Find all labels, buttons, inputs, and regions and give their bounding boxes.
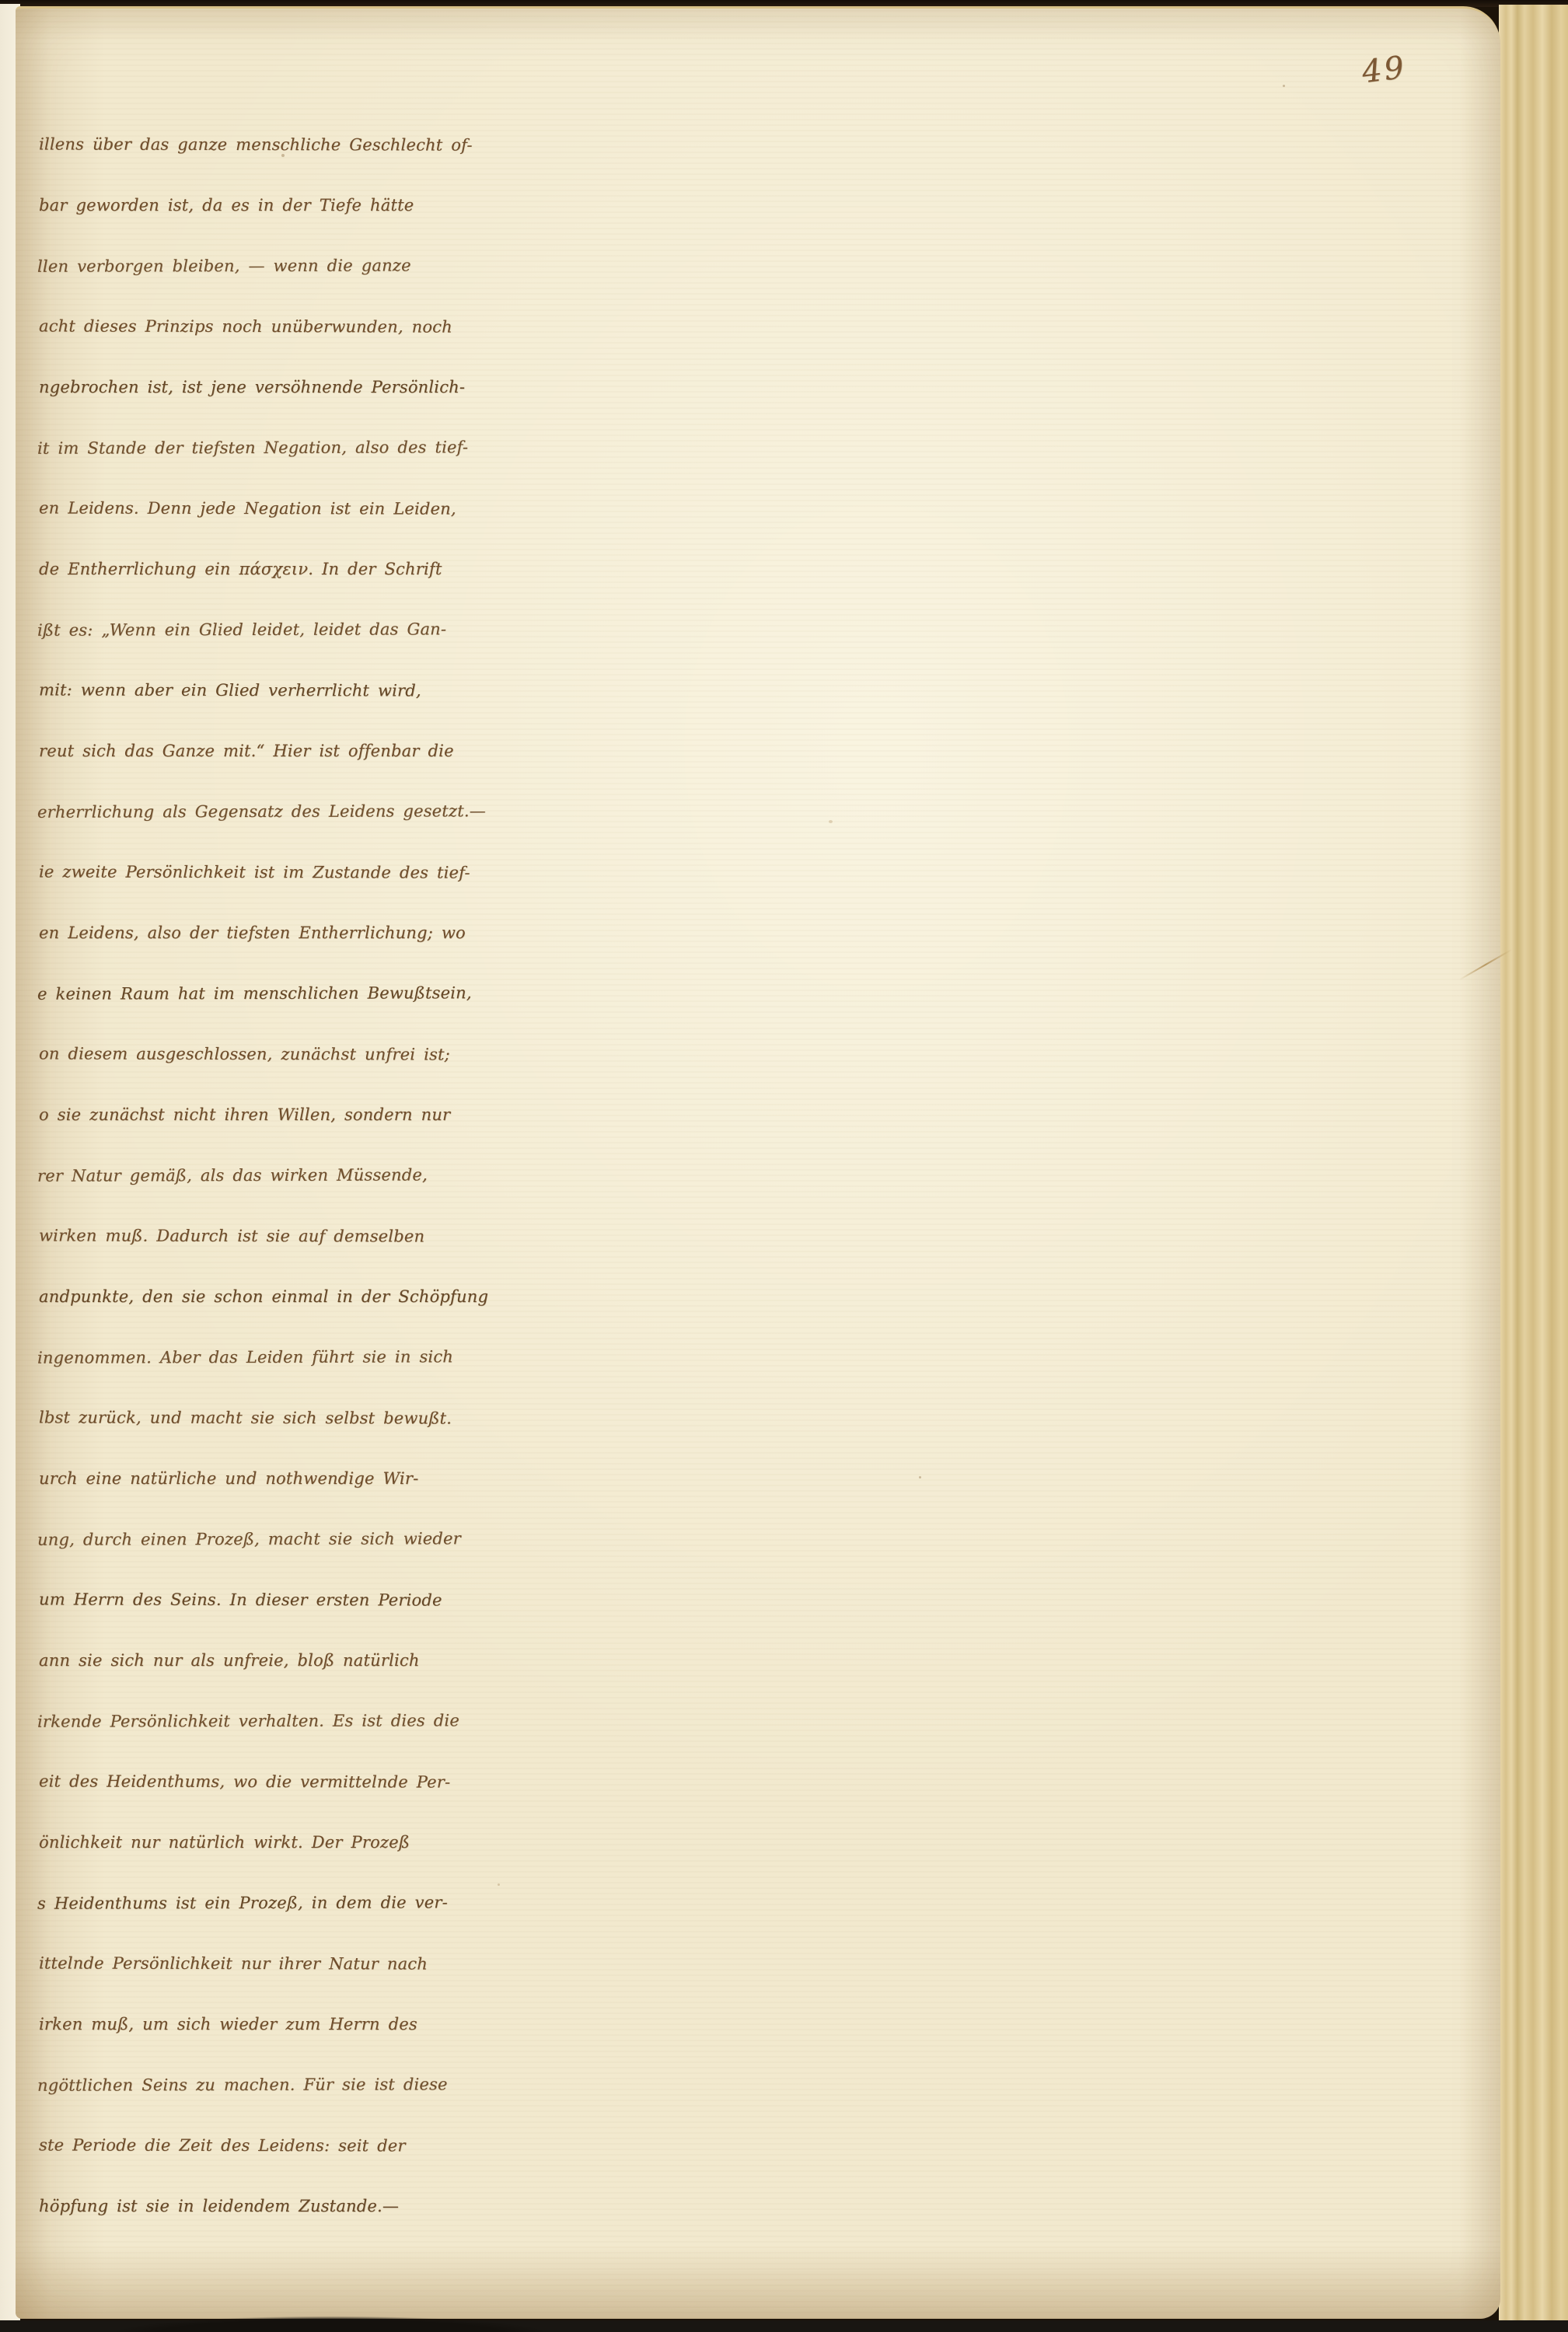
- manuscript-line: on diesem ausgeschlossen, zunächst unfre…: [39, 1023, 459, 1084]
- manuscript-line: lbst zurück, und macht sie sich selbst b…: [39, 1387, 459, 1448]
- manuscript-line: ngebrochen ist, ist jene versöhnende Per…: [39, 357, 459, 417]
- manuscript-line: illens über das ganze menschliche Geschl…: [39, 113, 459, 175]
- manuscript-line: mit: wenn aber ein Glied verherrlicht wi…: [39, 659, 459, 721]
- manuscript-line: andpunkte, den sie schon einmal in der S…: [39, 1266, 459, 1327]
- manuscript-line: en Leidens. Denn jede Negation ist ein L…: [39, 477, 459, 539]
- manuscript-line: ißt es: „Wenn ein Glied leidet, leidet d…: [37, 599, 457, 660]
- paper-speck: [829, 820, 833, 823]
- manuscript-line: irkende Persönlichkeit verhalten. Es ist…: [37, 1690, 457, 1751]
- manuscript-line: um Herrn des Seins. In dieser ersten Per…: [39, 1569, 459, 1630]
- manuscript-line: de Entherrlichung ein πάσχειν. In der Sc…: [39, 539, 459, 599]
- page-number: 49: [1360, 50, 1408, 91]
- manuscript-line: ngöttlichen Seins zu machen. Für sie ist…: [37, 2054, 457, 2115]
- manuscript-line: ung, durch einen Prozeß, macht sie sich …: [37, 1508, 457, 1569]
- manuscript-line: eit des Heidenthums, wo die vermittelnde…: [39, 1751, 459, 1812]
- paper-speck: [1283, 85, 1285, 87]
- manuscript-line: llen verborgen bleiben, — wenn die ganze: [37, 235, 457, 296]
- manuscript-line: ie zweite Persönlichkeit ist im Zustande…: [39, 841, 459, 902]
- manuscript-line: ann sie sich nur als unfreie, bloß natür…: [39, 1630, 459, 1691]
- manuscript-line: ingenommen. Aber das Leiden führt sie in…: [37, 1326, 457, 1388]
- manuscript-line: rer Natur gemäß, als das wirken Müssende…: [37, 1144, 457, 1206]
- manuscript-line: höpfung ist sie in leidendem Zustande.—: [39, 2176, 459, 2236]
- manuscript-line: acht dieses Prinzips noch unüberwunden, …: [39, 295, 459, 357]
- manuscript-line: ste Periode die Zeit des Leidens: seit d…: [39, 2114, 459, 2176]
- manuscript-line: e keinen Raum hat im menschlichen Bewußt…: [37, 962, 457, 1024]
- manuscript-line: o sie zunächst nicht ihren Willen, sonde…: [39, 1084, 459, 1145]
- manuscript-line: erherrlichung als Gegensatz des Leidens …: [37, 780, 457, 842]
- manuscript-line: urch eine natürliche und nothwendige Wir…: [39, 1448, 459, 1509]
- manuscript-line: it im Stande der tiefsten Negation, also…: [37, 417, 457, 478]
- paper-speck: [498, 1883, 500, 1886]
- manuscript-line: irken muß, um sich wieder zum Herrn des: [39, 1994, 459, 2054]
- manuscript-line: ittelnde Persönlichkeit nur ihrer Natur …: [39, 1932, 459, 1994]
- manuscript-line: bar geworden ist, da es in der Tiefe hät…: [39, 175, 459, 236]
- manuscript-line: s Heidenthums ist ein Prozeß, in dem die…: [37, 1872, 457, 1933]
- bottom-binding-shadow-left: [74, 2309, 587, 2332]
- page-fore-edge-stack: [1499, 5, 1568, 2321]
- paper-speck: [281, 154, 285, 157]
- manuscript-line: önlichkeit nur natürlich wirkt. Der Proz…: [39, 1812, 459, 1873]
- manuscript-line: en Leidens, also der tiefsten Entherrlic…: [39, 902, 459, 963]
- manuscript-line: reut sich das Ganze mit.“ Hier ist offen…: [39, 721, 459, 781]
- manuscript-text-block: illens über das ganze menschliche Geschl…: [39, 114, 459, 2236]
- manuscript-line: wirken muß. Dadurch ist sie auf demselbe…: [39, 1205, 459, 1266]
- paper-speck: [919, 1476, 921, 1478]
- manuscript-page: 49 illens über das ganze menschliche Ges…: [16, 6, 1500, 2319]
